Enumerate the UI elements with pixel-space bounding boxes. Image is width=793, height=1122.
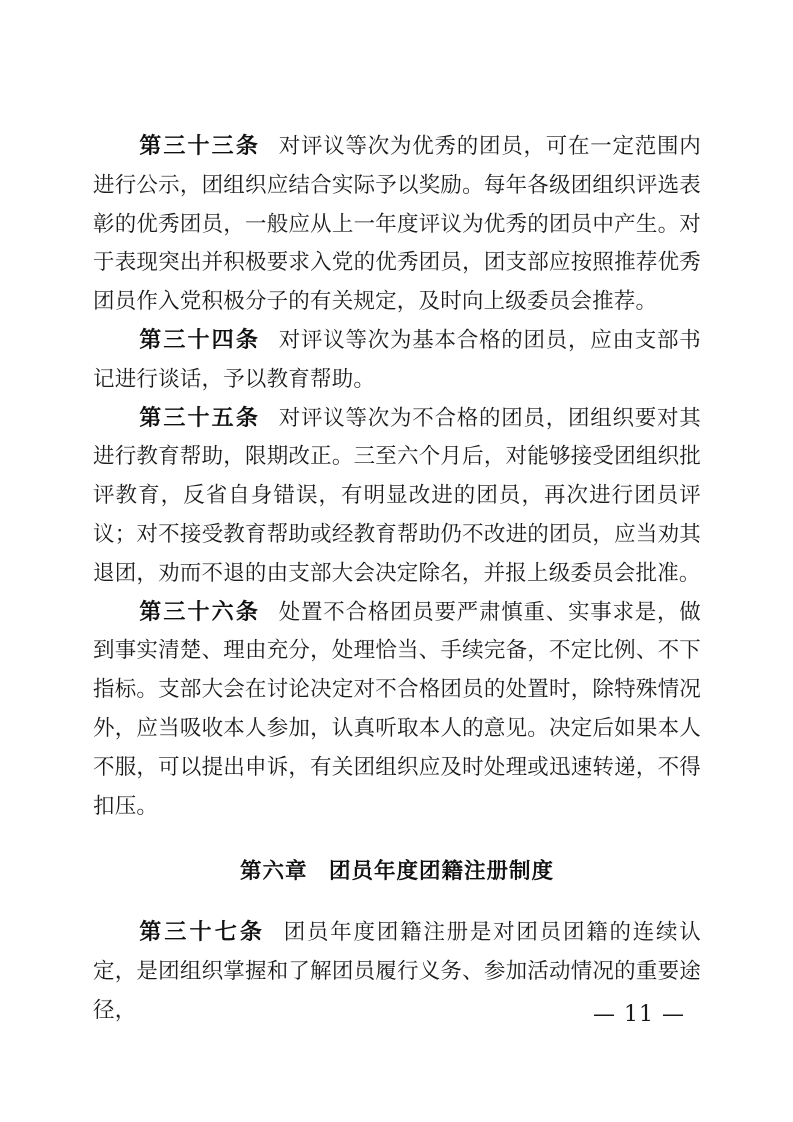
page-footer: — 11 — [593,1000,685,1030]
article-number: 第三十七条 [139,920,265,945]
article-paragraph: 第三十四条对评议等次为基本合格的团员，应由支部书记进行谈话，予以教育帮助。 [93,322,701,400]
chapter-heading: 第六章团员年度团籍注册制度 [93,853,701,892]
article-paragraph: 第三十六条处置不合格团员要严肃慎重、实事求是，做到事实清楚、理由充分，处理恰当、… [93,594,701,827]
article-paragraph: 第三十三条对评议等次为优秀的团员，可在一定范围内进行公示，团组织应结合实际予以奖… [93,128,701,322]
article-number: 第三十五条 [139,406,260,431]
article-text: 对评议等次为不合格的团员，团组织要对其进行教育帮助，限期改正。三至六个月后，对能… [93,406,701,586]
document-body: 第三十三条对评议等次为优秀的团员，可在一定范围内进行公示，团组织应结合实际予以奖… [93,128,701,1031]
article-number: 第三十四条 [139,328,260,353]
article-number: 第三十六条 [139,600,260,625]
document-page: 第三十三条对评议等次为优秀的团员，可在一定范围内进行公示，团组织应结合实际予以奖… [0,0,793,1122]
article-text: 处置不合格团员要严肃慎重、实事求是，做到事实清楚、理由充分，处理恰当、手续完备，… [93,600,701,819]
chapter-title: 团员年度团籍注册制度 [329,859,554,884]
article-paragraph: 第三十五条对评议等次为不合格的团员，团组织要对其进行教育帮助，限期改正。三至六个… [93,400,701,594]
article-number: 第三十三条 [139,134,260,159]
chapter-number: 第六章 [240,859,308,884]
article-text: 对评议等次为优秀的团员，可在一定范围内进行公示，团组织应结合实际予以奖励。每年各… [93,134,701,314]
page-number: — 11 — [593,1002,685,1027]
